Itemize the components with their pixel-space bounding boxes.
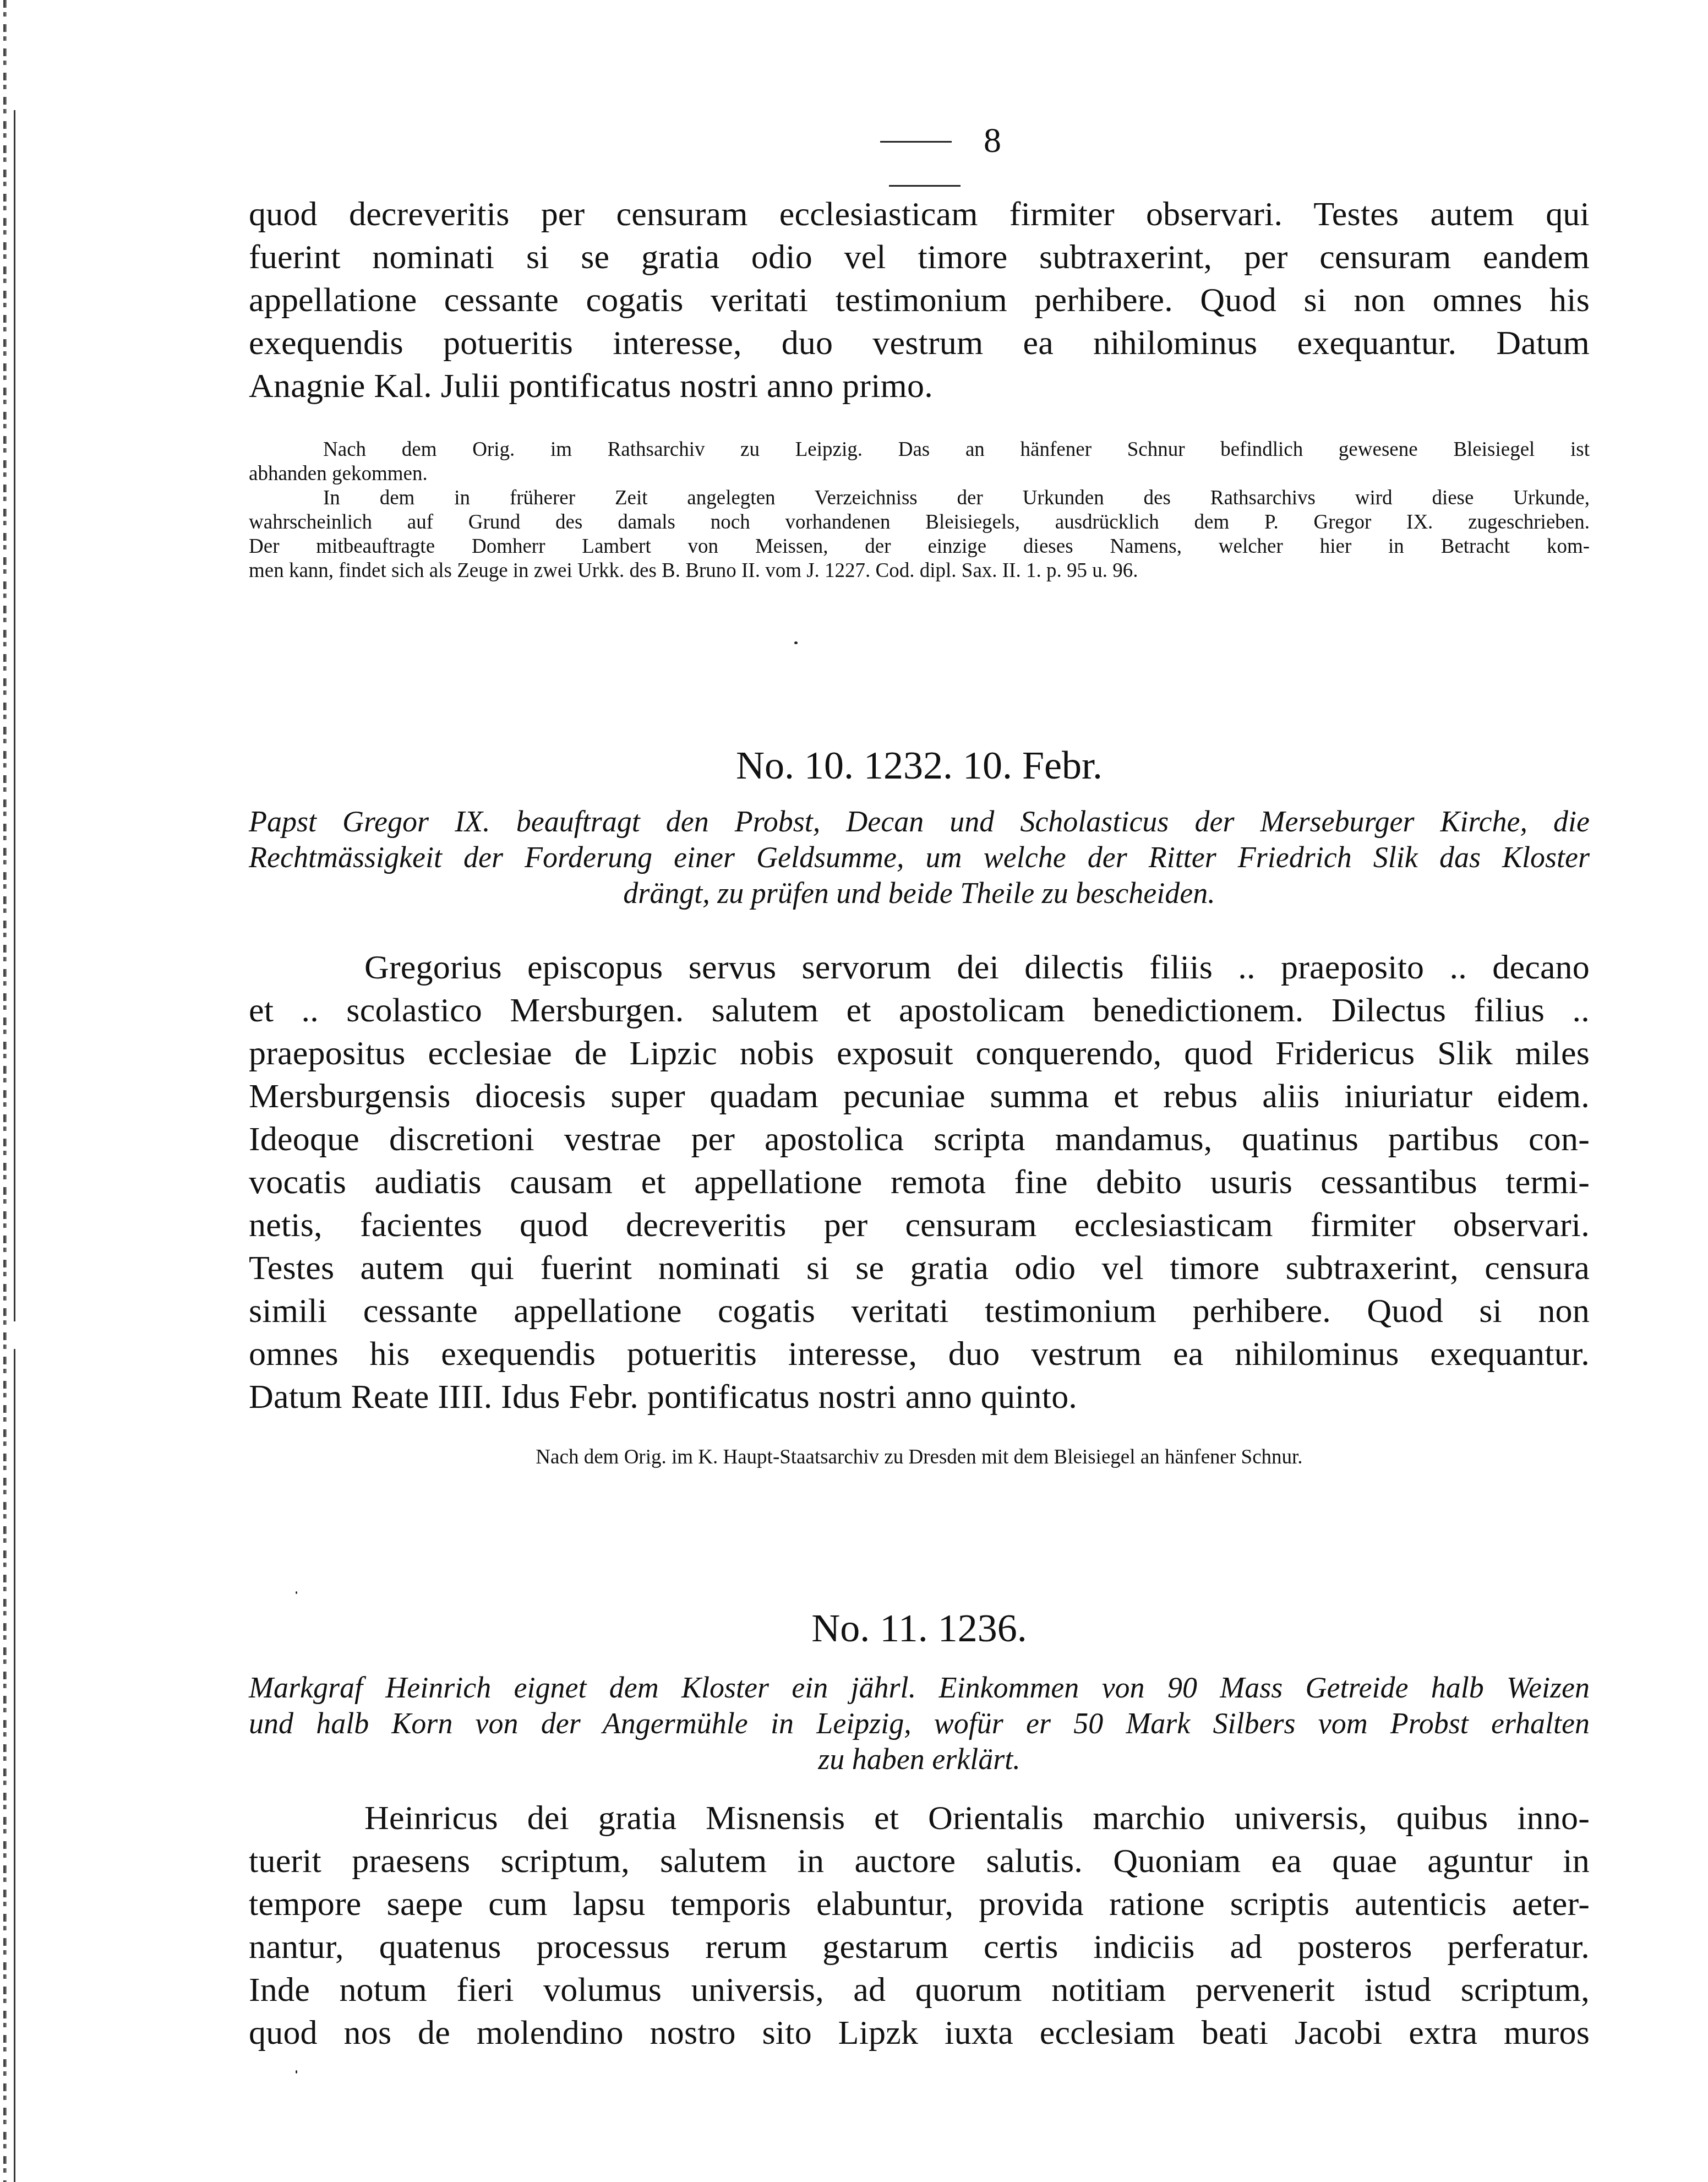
body-line: netis, facientes quod decreveritis per c… — [249, 1204, 1590, 1247]
body-line: appellatione cessante cogatis veritati t… — [249, 279, 1590, 322]
summary-line: Papst Gregor IX. beauftragt den Probst, … — [249, 804, 1590, 840]
note-line: In dem in früherer Zeit angelegten Verze… — [323, 486, 1590, 510]
scan-edge-artifact — [14, 0, 15, 2182]
page-number-rule-left — [880, 141, 952, 143]
summary-line: drängt, zu prüfen und beide Theile zu be… — [249, 875, 1590, 911]
body-line: exequendis potueritis interesse, duo ves… — [249, 322, 1590, 364]
body-line: tempore saepe cum lapsu temporis elabunt… — [249, 1882, 1590, 1925]
body-line: tuerit praesens scriptum, salutem in auc… — [249, 1840, 1590, 1882]
body-line: quod nos de molendino nostro sito Lipzk … — [249, 2011, 1590, 2054]
scan-speck — [296, 2070, 297, 2074]
page-number-text: 8 — [984, 121, 1001, 160]
body-line: fuerint nominati si se gratia odio vel t… — [249, 236, 1590, 279]
note-line: Nach dem Orig. im K. Haupt-Staatsarchiv … — [249, 1445, 1590, 1470]
note-line: Nach dem Orig. im Rathsarchiv zu Leipzig… — [323, 438, 1590, 462]
page-number: 8 — [801, 118, 1049, 162]
body-line: Anagnie Kal. Julii pontificatus nostri a… — [249, 364, 1590, 407]
note-line: wahrscheinlich auf Grund des damals noch… — [249, 510, 1590, 535]
body-line: Inde notum fieri volumus universis, ad q… — [249, 1968, 1590, 2011]
body-line: praepositus ecclesiae de Lipzic nobis ex… — [249, 1032, 1590, 1075]
body-line: Datum Reate IIII. Idus Febr. pontificatu… — [249, 1375, 1590, 1418]
note-line: abhanden gekommen. — [249, 462, 1590, 486]
body-line: nantur, quatenus processus rerum gestaru… — [249, 1925, 1590, 1968]
scan-edge-artifact — [6, 0, 7, 2182]
body-line: vocatis audiatis causam et appellatione … — [249, 1161, 1590, 1204]
body-line: Ideoque discretioni vestrae per apostoli… — [249, 1118, 1590, 1161]
body-line: Gregorius episcopus servus servorum dei … — [364, 946, 1590, 989]
summary-line: zu haben erklärt. — [249, 1742, 1590, 1777]
body-line: simili cessante appellatione cogatis ver… — [249, 1289, 1590, 1332]
page-number-rule-right — [889, 185, 961, 187]
document-heading: No. 11. 1236. — [249, 1603, 1590, 1653]
body-line: Mersburgensis diocesis super quadam pecu… — [249, 1075, 1590, 1118]
body-line: quod decreveritis per censuram ecclesias… — [249, 193, 1590, 236]
body-line: Heinricus dei gratia Misnensis et Orient… — [364, 1797, 1590, 1840]
summary-line: Markgraf Heinrich eignet dem Kloster ein… — [249, 1670, 1590, 1706]
summary-line: Rechtmässigkeit der Forderung einer Geld… — [249, 840, 1590, 875]
summary-line: und halb Korn von der Angermühle in Leip… — [249, 1706, 1590, 1742]
body-line: omnes his exequendis potueritis interess… — [249, 1332, 1590, 1375]
document-page: 8 quod decreveritis per censuram ecclesi… — [0, 0, 1708, 2182]
note-line: Der mitbeauftragte Domherr Lambert von M… — [249, 535, 1590, 559]
scan-speck — [296, 1591, 297, 1594]
document-heading: No. 10. 1232. 10. Febr. — [249, 741, 1590, 790]
scan-speck — [794, 641, 798, 644]
note-line: men kann, findet sich als Zeuge in zwei … — [249, 559, 1564, 583]
body-line: Testes autem qui fuerint nominati si se … — [249, 1247, 1590, 1289]
body-line: et .. scolastico Mersburgen. salutem et … — [249, 989, 1590, 1032]
